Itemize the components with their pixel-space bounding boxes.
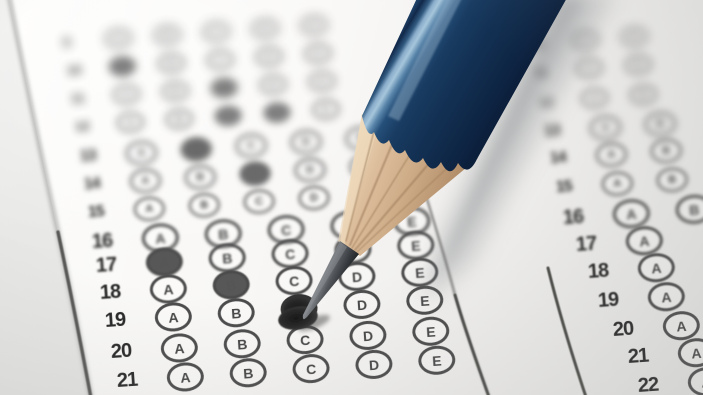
bubble-letter: B (689, 202, 700, 217)
answer-bubble-b: B (644, 111, 677, 137)
question-number: 22 (637, 373, 673, 395)
question-number: 10 (529, 35, 556, 52)
answer-bubble-b: B (656, 167, 689, 193)
answer-row: 12 AB (538, 82, 679, 112)
bubble-letter: A (639, 233, 650, 248)
bubble-letter: A (613, 178, 622, 190)
answer-bubble-a: A (662, 310, 701, 342)
question-number: 11 (533, 63, 560, 80)
answer-bubble-a: A (677, 337, 703, 369)
bubble-letter: A (661, 289, 672, 304)
question-number: 18 (587, 259, 623, 284)
question-number: 19 (597, 288, 633, 313)
answer-bubble-a: A (580, 87, 608, 109)
answer-bubble-a: A (571, 29, 599, 51)
question-number: 17 (575, 232, 611, 257)
question-number: 12 (538, 93, 565, 110)
answer-bubble-b: B (624, 54, 652, 76)
question-number: 16 (562, 205, 598, 230)
bubble-letter: A (601, 122, 610, 134)
question-column-right: 10 AB 11 AB 12 AB 13 AB 14 AB 15 AB 16 A… (0, 0, 703, 395)
photo-bubble-sheet: 9 ABCDE 10 ABCDE 11 ABCDE 12 ABCDE 13 AB… (0, 0, 703, 395)
bubble-letter: B (635, 60, 642, 69)
answer-bubble-a: A (687, 366, 703, 395)
answer-bubble-b: B (650, 138, 683, 164)
answer-bubble-a: A (589, 115, 622, 141)
question-number: 20 (612, 317, 648, 342)
question-number: 14 (549, 148, 580, 168)
question-number: 13 (543, 121, 574, 141)
bubble-letter: B (656, 118, 665, 130)
question-number: 21 (627, 344, 663, 369)
bubble-letter: B (668, 174, 677, 186)
bubble-letter: A (676, 318, 687, 333)
bubble-letter: A (591, 93, 598, 102)
bubble-letter: A (691, 345, 702, 360)
answer-bubble-b: B (675, 194, 703, 226)
answer-row: 10 AB (529, 24, 670, 54)
answer-bubble-a: A (575, 57, 603, 79)
bubble-letter: B (662, 145, 671, 157)
bubble-letter: A (651, 260, 662, 275)
answer-row: 11 AB (533, 52, 674, 82)
answer-bubble-b: B (620, 26, 648, 48)
question-number: 15 (555, 177, 586, 197)
answer-bubble-a: A (595, 142, 628, 168)
answer-bubble-a: A (625, 225, 664, 257)
bubble-letter: A (586, 63, 593, 72)
answer-bubble-a: A (612, 198, 651, 230)
answer-bubble-a: A (647, 281, 686, 313)
bubble-letter: B (640, 90, 647, 99)
bubble-letter: B (631, 32, 638, 41)
bubble-letter: A (607, 149, 616, 161)
answer-bubble-b: B (629, 84, 657, 106)
answer-bubble-a: A (637, 252, 676, 284)
bubble-letter: A (626, 206, 637, 221)
bubble-letter: A (582, 35, 589, 44)
answer-bubble-a: A (601, 171, 634, 197)
